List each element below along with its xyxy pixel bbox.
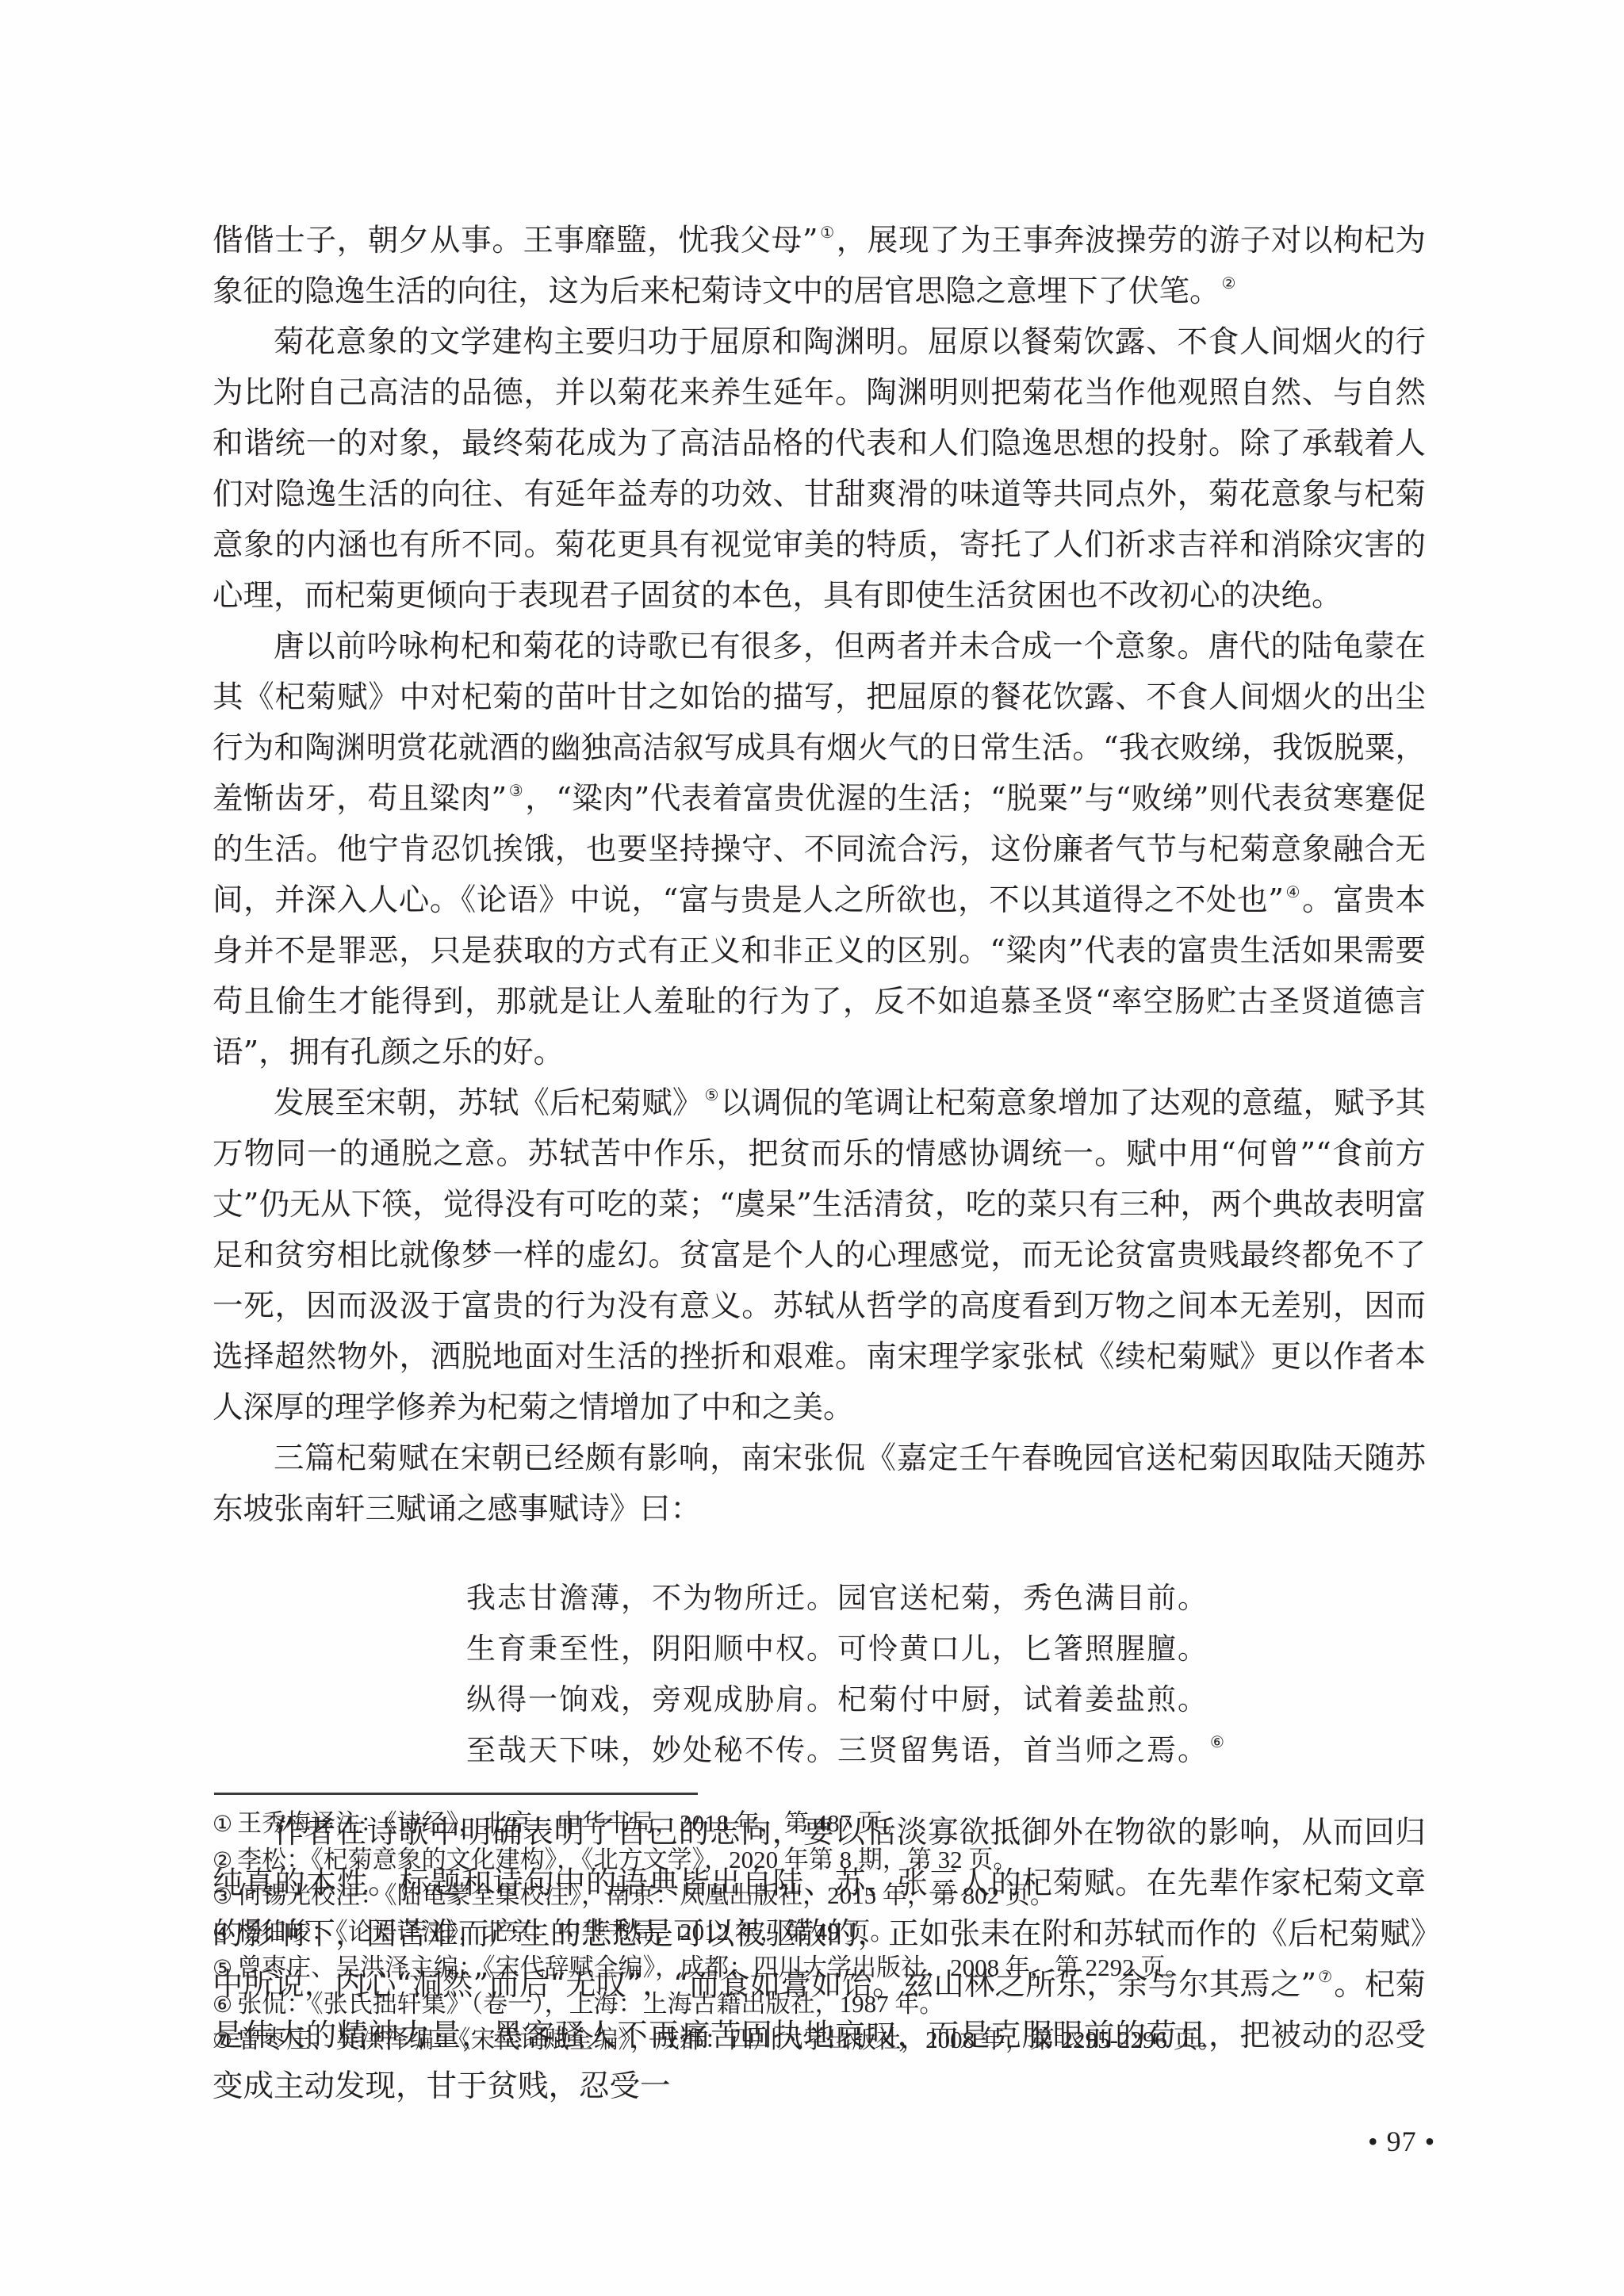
footnote-mark: ⑥ bbox=[213, 1992, 232, 2018]
footnote-mark: ⑦ bbox=[213, 2027, 232, 2053]
footnote-ref[interactable]: ① bbox=[820, 223, 835, 242]
footnote-text: 李松：《杞菊意象的文化建构》，《北方文学》，2020 年第 8 期，第 32 页… bbox=[237, 1846, 1017, 1873]
paragraph-text: 偕偕士子，朝夕从事。王事靡盬，忧我父母” bbox=[213, 223, 818, 258]
body-paragraph: 发展至宋朝，苏轼《后杞菊赋》⑤以调侃的笔调让杞菊意象增加了达观的意蕴，赋予其万物… bbox=[213, 1078, 1426, 1433]
body-paragraph: 三篇杞菊赋在宋朝已经颇有影响，南宋张侃《嘉定壬午春晚园官送杞菊因取陆天随苏东坡张… bbox=[213, 1433, 1426, 1535]
footnote-text: 何锡光校注：《陆龟蒙全集校注》，南京：凤凰出版社，2015 年，第 802 页。 bbox=[237, 1881, 1055, 1909]
poem-line: 纵得一饷戏，旁观成胁肩。杞菊付中厨，试着姜盐煎。 bbox=[466, 1674, 1426, 1725]
footnote-divider bbox=[214, 1793, 698, 1795]
footnote-text: 曾枣庄、吴洪泽编：《宋代词赋全编》，成都：四川大学出版社，2008 年，第 22… bbox=[237, 2026, 1223, 2053]
paragraph-text: 三篇杞菊赋在宋朝已经颇有影响，南宋张侃《嘉定壬午春晚园官送杞菊因取陆天随苏东坡张… bbox=[213, 1441, 1426, 1527]
body-paragraph: 唐以前吟咏枸杞和菊花的诗歌已有很多，但两者并未合成一个意象。唐代的陆龟蒙在其《杞… bbox=[213, 622, 1426, 1078]
poem-line-text: 至哉天下味，妙处秘不传。三贤留隽语，首当师之焉。 bbox=[466, 1733, 1208, 1767]
poem-line: 生育秉至性，阴阳顺中权。可怜黄口儿，匕箸照腥膻。 bbox=[466, 1624, 1426, 1674]
footnote-item: ⑦曾枣庄、吴洪泽编：《宋代词赋全编》，成都：四川大学出版社，2008 年，第 2… bbox=[213, 2022, 1402, 2059]
footnote-ref[interactable]: ③ bbox=[508, 781, 523, 800]
footnote-item: ④杨伯峻：《论语译注》，北京：中华书局，2012 年，第 49 页。 bbox=[213, 1915, 1402, 1951]
body-paragraph: 偕偕士子，朝夕从事。王事靡盬，忧我父母”①，展现了为王事奔波操劳的游子对以枸杞为… bbox=[213, 216, 1426, 317]
footnote-text: 张侃：《张氏拙轩集》（卷一），上海：上海古籍出版社，1987 年。 bbox=[237, 1990, 944, 2018]
footnote-mark: ① bbox=[213, 1811, 232, 1837]
footnote-mark: ② bbox=[213, 1847, 232, 1873]
footnote-ref[interactable]: ② bbox=[1222, 274, 1236, 293]
paragraph-text: 菊花意象的文学建构主要归功于屈原和陶渊明。屈原以餐菊饮露、不食人间烟火的行为比附… bbox=[213, 324, 1426, 614]
footnote-item: ⑥张侃：《张氏拙轩集》（卷一），上海：上海古籍出版社，1987 年。 bbox=[213, 1987, 1402, 2023]
footnote-ref[interactable]: ⑥ bbox=[1210, 1732, 1226, 1751]
footnote-item: ③何锡光校注：《陆龟蒙全集校注》，南京：凤凰出版社，2015 年，第 802 页… bbox=[213, 1878, 1402, 1915]
footnote-text: 王秀梅译注：《诗经》，北京：中华书局，2018 年，第 487 页。 bbox=[237, 1809, 907, 1837]
paragraph-text: 以调侃的笔调让杞菊意象增加了达观的意蕴，赋予其万物同一的通脱之意。苏轼苦中作乐，… bbox=[213, 1085, 1426, 1425]
paragraph-text: 发展至宋朝，苏轼《后杞菊赋》 bbox=[274, 1085, 703, 1121]
footnote-mark: ⑤ bbox=[213, 1955, 232, 1981]
footnote-text: 杨伯峻：《论语译注》，北京：中华书局，2012 年，第 49 页。 bbox=[237, 1918, 894, 1946]
footnote-item: ①王秀梅译注：《诗经》，北京：中华书局，2018 年，第 487 页。 bbox=[213, 1806, 1402, 1843]
footnotes: ①王秀梅译注：《诗经》，北京：中华书局，2018 年，第 487 页。 ②李松：… bbox=[213, 1806, 1402, 2059]
footnote-item: ②李松：《杞菊意象的文化建构》，《北方文学》，2020 年第 8 期，第 32 … bbox=[213, 1843, 1402, 1879]
quoted-poem: 我志甘澹薄，不为物所迁。园官送杞菊，秀色满目前。 生育秉至性，阴阳顺中权。可怜黄… bbox=[213, 1573, 1426, 1776]
page-number: • 97 • bbox=[1368, 2125, 1435, 2158]
footnote-text: 曾枣庄、吴洪泽主编：《宋代辞赋全编》，成都：四川大学出版社，2008 年，第 2… bbox=[237, 1954, 1189, 1981]
document-page: 偕偕士子，朝夕从事。王事靡盬，忧我父母”①，展现了为王事奔波操劳的游子对以枸杞为… bbox=[0, 0, 1624, 2296]
body-paragraph: 菊花意象的文学建构主要归功于屈原和陶渊明。屈原以餐菊饮露、不食人间烟火的行为比附… bbox=[213, 317, 1426, 622]
footnote-mark: ④ bbox=[213, 1919, 232, 1946]
poem-line: 我志甘澹薄，不为物所迁。园官送杞菊，秀色满目前。 bbox=[466, 1573, 1426, 1624]
footnote-ref[interactable]: ⑤ bbox=[704, 1085, 718, 1104]
footnote-ref[interactable]: ④ bbox=[1285, 882, 1300, 901]
poem-line-last: 至哉天下味，妙处秘不传。三贤留隽语，首当师之焉。⑥ bbox=[466, 1725, 1426, 1776]
footnote-item: ⑤曾枣庄、吴洪泽主编：《宋代辞赋全编》，成都：四川大学出版社，2008 年，第 … bbox=[213, 1950, 1402, 1987]
paragraphs-before-poem: 偕偕士子，朝夕从事。王事靡盬，忧我父母”①，展现了为王事奔波操劳的游子对以枸杞为… bbox=[213, 216, 1426, 1535]
footnote-mark: ③ bbox=[213, 1883, 232, 1909]
